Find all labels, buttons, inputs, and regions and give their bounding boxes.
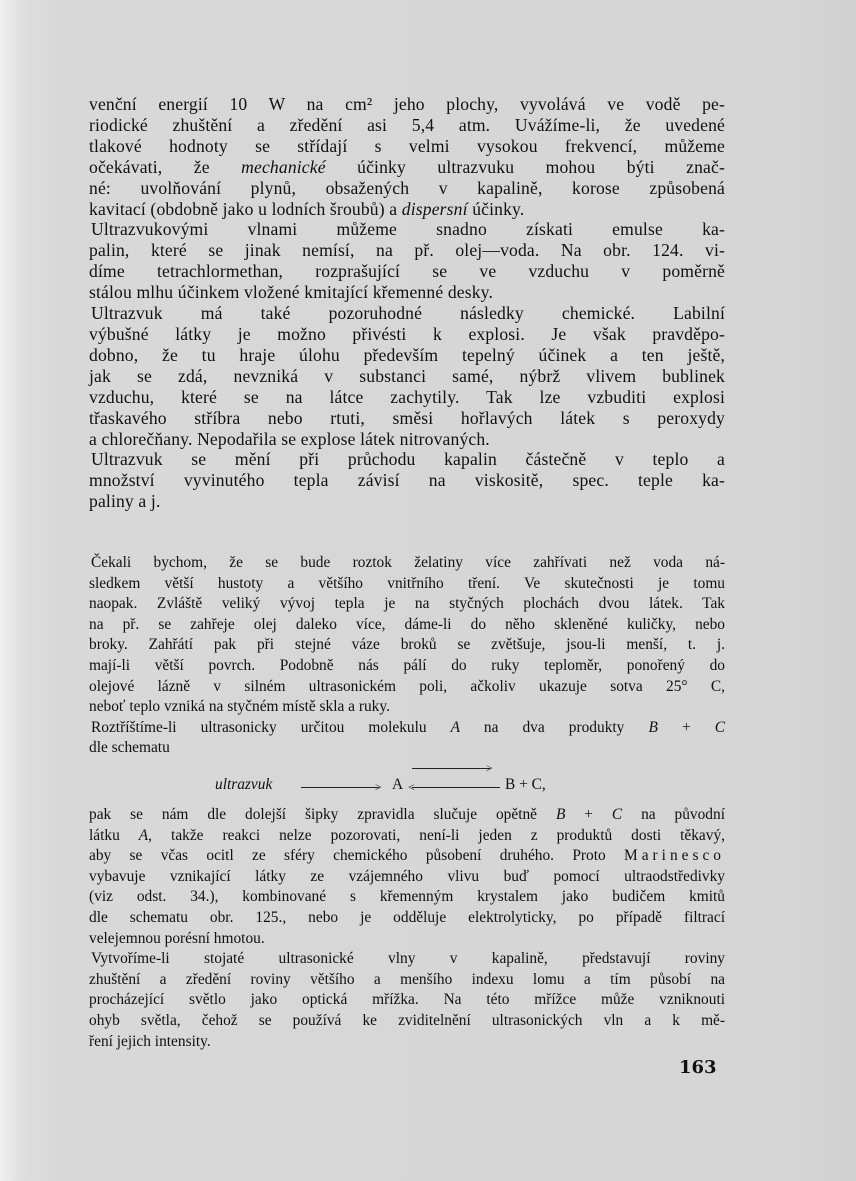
paragraph-start: Ultrazvukovými vlnami můžeme snadno získ…	[89, 219, 725, 240]
text-line: množství vyvinutého tepla závisí na visk…	[89, 470, 725, 491]
paragraph-start: Čekali bychom, že se bude roztok želatin…	[89, 553, 725, 574]
scheme-label: ultrazvuk	[215, 776, 272, 794]
page-number: 163	[679, 1057, 717, 1078]
paragraph-start: Ultrazvuk se mění při průchodu kapalin č…	[89, 449, 725, 470]
text-line: ohyb světla, čehož se používá ke zvidite…	[89, 1011, 725, 1032]
text-line: riodické zhuštění a zředění asi 5,4 atm.…	[89, 115, 725, 136]
text-line: dle schematu	[89, 738, 725, 759]
arrow-right-icon	[301, 787, 379, 788]
text-line: neboť teplo vzniká na styčném místě skla…	[89, 697, 725, 718]
text-line: ření jejich intensity.	[89, 1032, 725, 1053]
scheme-reactant: A	[392, 776, 403, 794]
text-line-italic: kavitací (obdobně jako u lodních šroubů)…	[89, 199, 725, 220]
text-line: aby se včas ocitl ze sféry chemického pů…	[89, 846, 725, 867]
text-line: vybavuje vznikající látky ze vzájemného …	[89, 867, 725, 888]
text-line: venční energií 10 W na cm² jeho plochy, …	[89, 94, 725, 115]
scheme-products: B + C,	[505, 776, 546, 794]
text-line: pak se nám dle dolejší šipky zpravidla s…	[89, 805, 725, 826]
text-line: procházející světlo jako optická mřížka.…	[89, 990, 725, 1011]
text-line: sledkem větší hustoty a většího vnitřníh…	[89, 574, 725, 595]
text-line: paliny a j.	[89, 491, 725, 512]
small-print-text-2: pak se nám dle dolejší šipky zpravidla s…	[89, 805, 725, 1052]
arrowhead-icon: >	[375, 781, 382, 793]
large-print-text: venční energií 10 W na cm² jeho plochy, …	[89, 94, 725, 512]
text-line: mají-li větší povrch. Podobně nás pálí d…	[89, 656, 725, 677]
text-line-italic: očekávati, že mechanické účinky ultrazvu…	[89, 157, 725, 178]
text-line: vzduchu, které se na látce zachytily. Ta…	[89, 387, 725, 408]
text-line: na př. se zahřeje olej daleko více, dáme…	[89, 615, 725, 636]
text-line: zhuštění a zředění roviny většího a menš…	[89, 970, 725, 991]
scanned-book-page: venční energií 10 W na cm² jeho plochy, …	[0, 0, 856, 1181]
text-line: dobno, že tu hraje úlohu především tepel…	[89, 345, 725, 366]
text-line: jak se zdá, nevzniká v substanci samé, n…	[89, 366, 725, 387]
text-line: výbušné látky je možno přivésti k explos…	[89, 324, 725, 345]
text-line: látku A, takže reakci nelze pozorovati, …	[89, 826, 725, 847]
arrow-backward-icon	[412, 787, 500, 788]
text-line: palin, které se jinak nemísí, na př. ole…	[89, 240, 725, 261]
arrowhead-icon: >	[486, 762, 493, 774]
arrow-forward-icon	[412, 768, 490, 769]
text-line: díme tetrachlormethan, rozprašující se v…	[89, 261, 725, 282]
paragraph-start: Ultrazvuk má také pozoruhodné následky c…	[89, 303, 725, 324]
reaction-scheme: ultrazvuk > A > < B + C,	[215, 760, 635, 810]
text-line: a chlorečňany. Nepodařila se explose lát…	[89, 429, 725, 450]
text-line: tlakové hodnoty se střídají s velmi vyso…	[89, 136, 725, 157]
text-line: né: uvolňování plynů, obsažených v kapal…	[89, 178, 725, 199]
text-line: stálou mlhu účinkem vložené kmitající kř…	[89, 282, 725, 303]
text-line: třaskavého stříbra nebo rtuti, směsi hoř…	[89, 408, 725, 429]
text-line: broky. Zahřátí pak při stejné váze broků…	[89, 635, 725, 656]
text-line: (viz odst. 34.), kombinované s křemenným…	[89, 887, 725, 908]
text-line: velejemnou porésní hmotou.	[89, 929, 725, 950]
paragraph-start: Roztříštíme-li ultrasonicky určitou mole…	[89, 718, 725, 739]
text-line: naopak. Zvláště veliký vývoj tepla je na…	[89, 594, 725, 615]
small-print-text-1: Čekali bychom, že se bude roztok želatin…	[89, 553, 725, 759]
text-line: dle schematu obr. 125., nebo je odděluje…	[89, 908, 725, 929]
paragraph-start: Vytvoříme-li stojaté ultrasonické vlny v…	[89, 949, 725, 970]
text-line: olejové lázně v silném ultrasonickém pol…	[89, 677, 725, 698]
